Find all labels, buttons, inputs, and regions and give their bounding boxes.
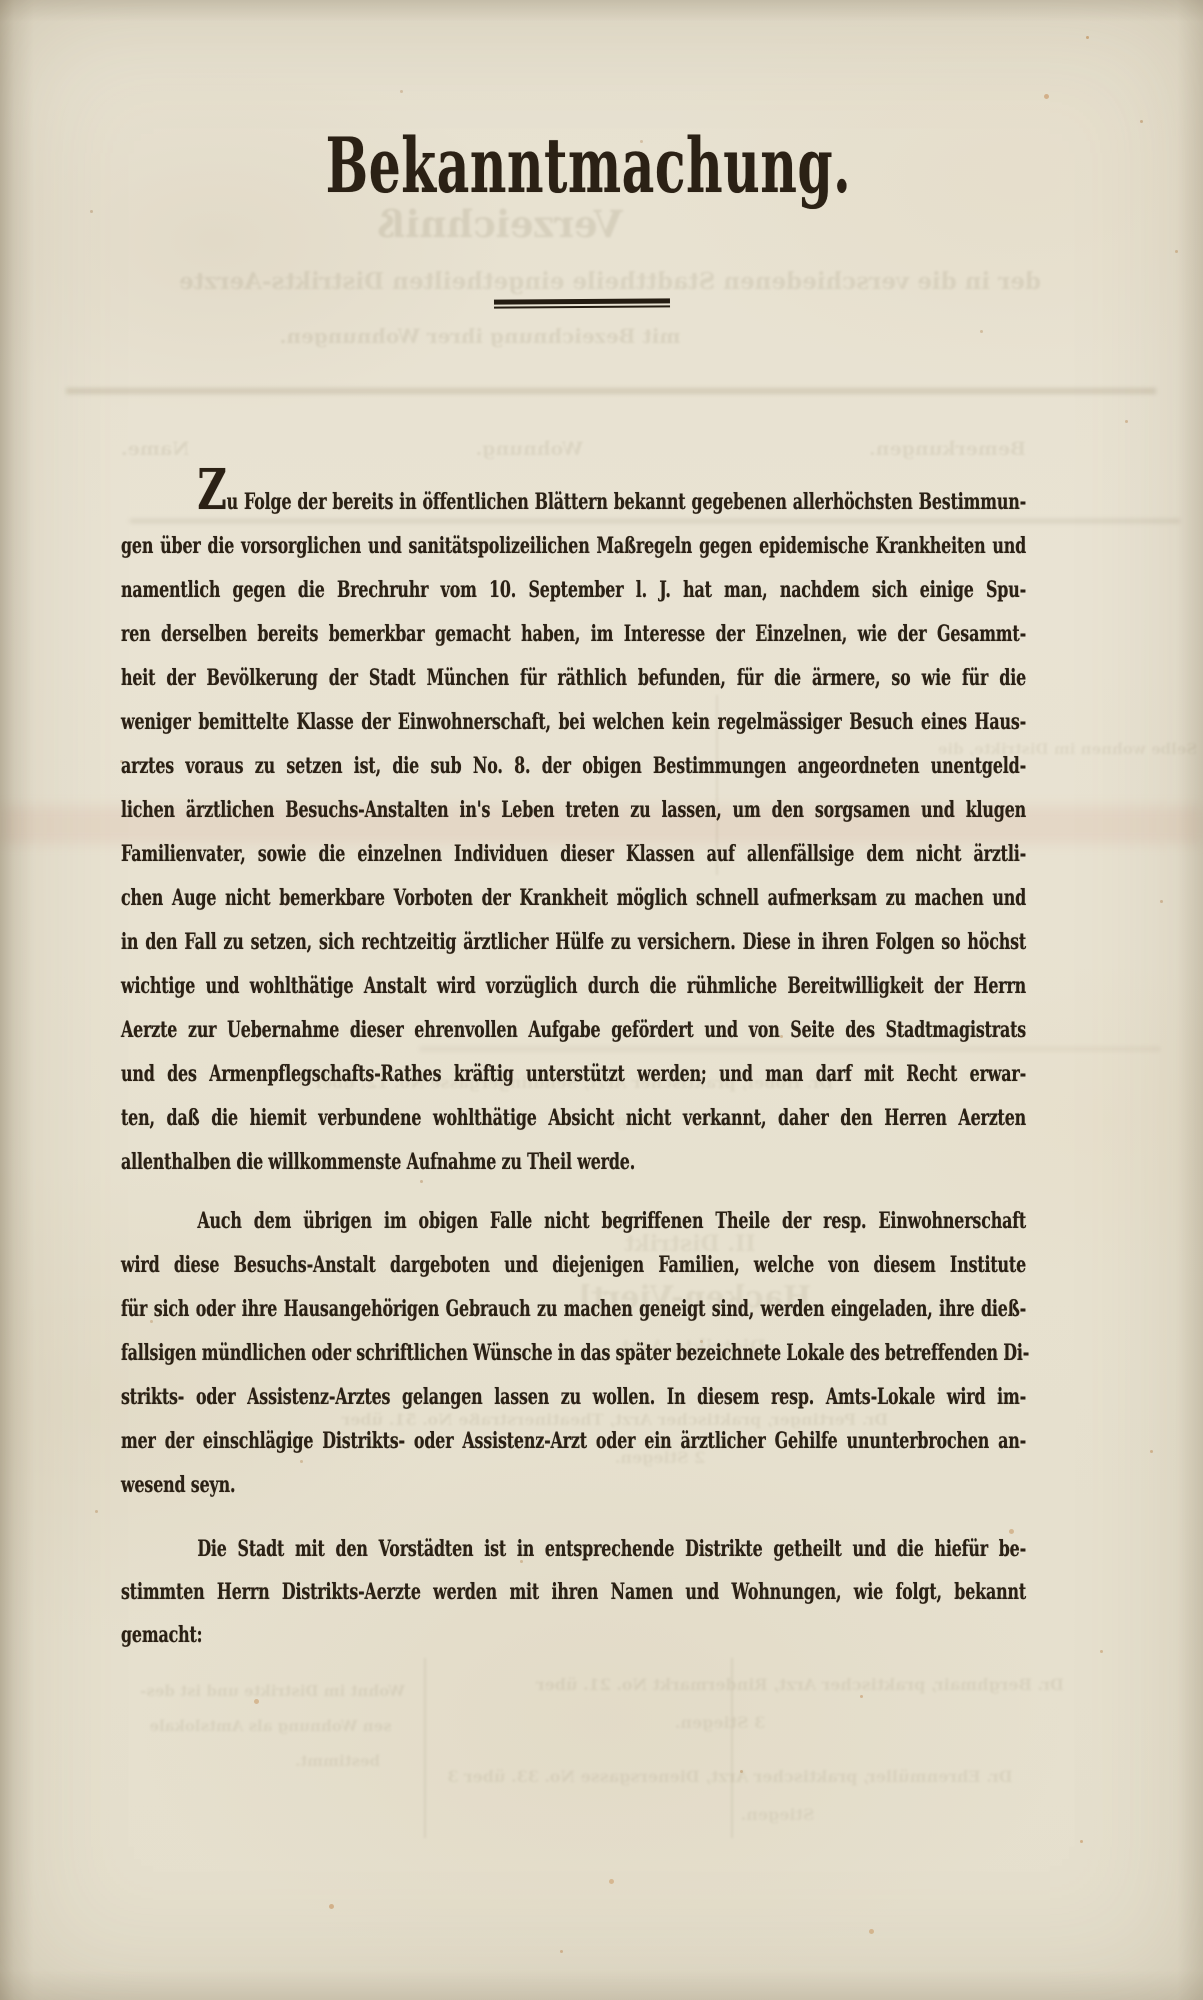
paragraph-1: Zu Folge der bereits in öffentlichen Blä… xyxy=(121,480,1026,1184)
text-line: gemacht: xyxy=(121,1614,1026,1657)
text-line: wichtige und wohlthätige Anstalt wird vo… xyxy=(121,964,1026,1008)
page-title: Bekanntmachung. xyxy=(280,126,897,208)
bleedthrough-col-name: Name. xyxy=(121,438,190,460)
bleedthrough-table-headers: Bemerkungen. Wohnung. Name. xyxy=(121,438,1026,460)
bleedthrough-col-wohnung: Wohnung. xyxy=(475,438,583,460)
bleedthrough-text: sen Wohnung als Amtslokale xyxy=(118,1717,423,1735)
text-line: ten, daß die hiemit verbundene wohlthäti… xyxy=(121,1096,1026,1140)
bleedthrough-text: Dr. Ehrenmüller, praktischer Arzt, Diene… xyxy=(330,1767,1130,1786)
scanned-document-page: Bekanntmachung. Verzeichniß der in die v… xyxy=(0,0,1203,2000)
text-line: Die Stadt mit den Vorstädten ist in ents… xyxy=(121,1528,1026,1571)
text-line: allenthalben die willkommenste Aufnahme … xyxy=(121,1140,1026,1184)
title-divider-rule xyxy=(494,298,670,309)
bleedthrough-column-rule xyxy=(424,1658,426,1838)
text-line: fallsigen mündlichen oder schriftlichen … xyxy=(121,1331,1026,1375)
bleedthrough-register-subtitle-2: mit Bezeichnung ihrer Wohnungen. xyxy=(245,324,715,348)
text-line: für sich oder ihre Hausangehörigen Gebra… xyxy=(121,1287,1026,1331)
bleedthrough-column-rule xyxy=(731,1658,733,1838)
text-line: Aerzte zur Uebernahme dieser ehrenvollen… xyxy=(121,1008,1026,1052)
text-line: stimmten Herrn Distrikts-Aerzte werden m… xyxy=(121,1571,1026,1614)
text-line: in den Fall zu setzen, sich rechtzeitig … xyxy=(121,920,1026,964)
text-line: heit der Bevölkerung der Stadt München f… xyxy=(121,656,1026,700)
bleedthrough-register-subtitle: der in die verschiedenen Stadttheile ein… xyxy=(110,268,1110,295)
text-line: strikts- oder Assistenz-Arztes gelangen … xyxy=(121,1375,1026,1419)
text-line: chen Auge nicht bemerkbare Vorboten der … xyxy=(121,876,1026,920)
text-line: weniger bemittelte Klasse der Einwohners… xyxy=(121,700,1026,744)
text-line: Auch dem übrigen im obigen Falle nicht b… xyxy=(121,1199,1026,1243)
text-line: gen über die vorsorglichen und sanitätsp… xyxy=(121,524,1026,568)
bleedthrough-text: Dr. Berghmair, praktischer Arzt, Rinderm… xyxy=(430,1675,1170,1694)
paragraph-3: Die Stadt mit den Vorstädten ist in ents… xyxy=(121,1528,1026,1657)
text-line: namentlich gegen die Brechruhr vom 10. S… xyxy=(121,568,1026,612)
paper-smudge-line xyxy=(66,388,1156,394)
bleedthrough-text: Stiegen. xyxy=(695,1805,860,1824)
text-line: ren derselben bereits bemerkbar gemacht … xyxy=(121,612,1026,656)
text-line: Zu Folge der bereits in öffentlichen Blä… xyxy=(121,480,1026,524)
text-line: wird diese Besuchs-Anstalt dargeboten un… xyxy=(121,1243,1026,1287)
text-line: wesend seyn. xyxy=(121,1463,1026,1507)
text-line: lichen ärztlichen Besuchs-Anstalten in's… xyxy=(121,788,1026,832)
bleedthrough-col-bemerkungen: Bemerkungen. xyxy=(869,438,1026,460)
bleedthrough-text: Wohnt im Distrikte und ist des- xyxy=(105,1682,440,1700)
text-line: mer der einschlägige Distrikts- oder Ass… xyxy=(121,1419,1026,1463)
text-line: Familienvater, sowie die einzelnen Indiv… xyxy=(121,832,1026,876)
paragraph-2: Auch dem übrigen im obigen Falle nicht b… xyxy=(121,1199,1026,1507)
text-line: arztes voraus zu setzen ist, die sub No.… xyxy=(121,744,1026,788)
bleedthrough-text: 3 Stiegen. xyxy=(620,1713,820,1732)
paper-speckles xyxy=(0,0,3,3)
text-line: und des Armenpflegschafts-Rathes kräftig… xyxy=(121,1052,1026,1096)
